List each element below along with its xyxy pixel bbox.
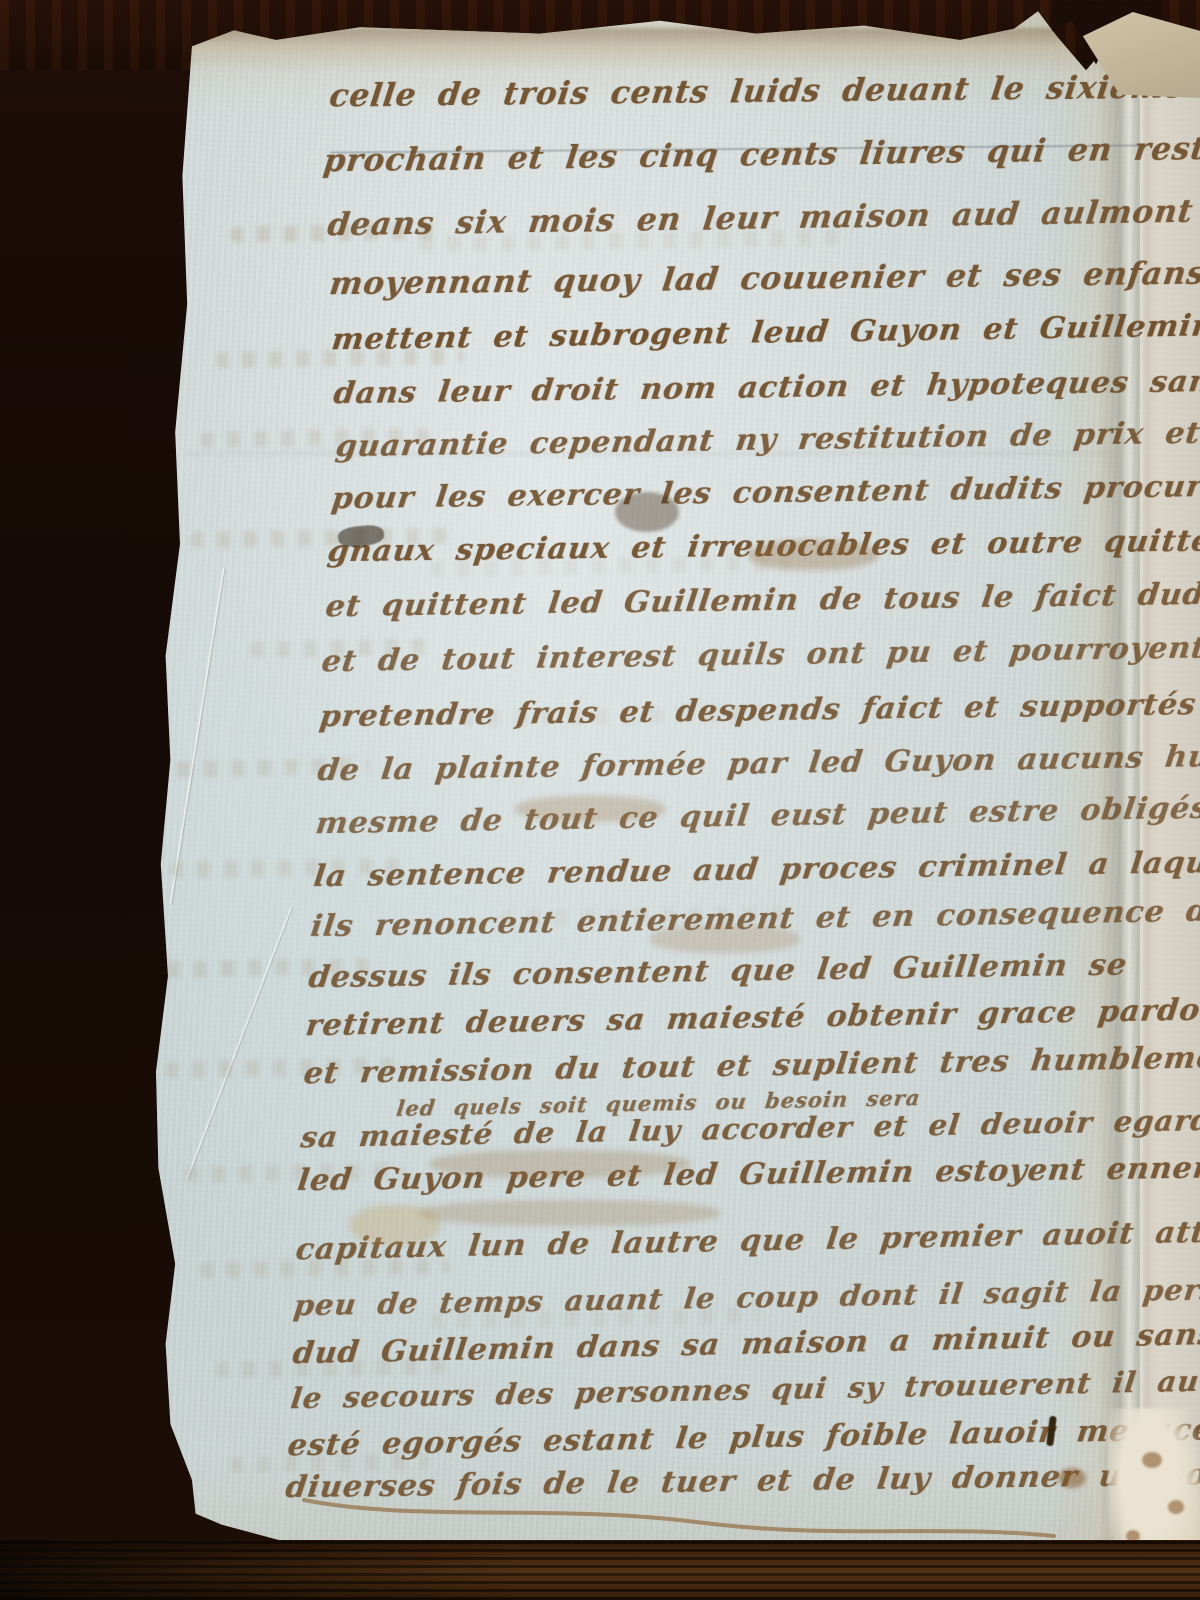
table-shadow: [0, 1540, 520, 1600]
seal-fleck: [1142, 1452, 1162, 1468]
seal-fleck: [1168, 1500, 1184, 1514]
brown-stain: [1058, 1468, 1086, 1488]
manuscript-line: dessus ils consentent que led Guillemin …: [307, 947, 1130, 995]
torn-top-edge: [180, 28, 1200, 72]
diagonal-crease: [169, 568, 224, 904]
ink-smear: [515, 796, 665, 822]
diagonal-crease: [186, 907, 292, 1178]
ink-blot: [615, 492, 679, 532]
closing-flourish: [296, 1478, 1076, 1548]
offset-ink-ghost: [430, 1150, 690, 1178]
offset-ink-ghost: [420, 1200, 720, 1226]
yellow-stain: [350, 1205, 440, 1245]
ink-smear: [748, 540, 878, 570]
manuscript-photo: celle de trois cents luids deuant le six…: [0, 0, 1200, 1600]
manuscript-page: celle de trois cents luids deuant le six…: [0, 0, 1200, 1600]
ink-smear: [650, 925, 800, 953]
